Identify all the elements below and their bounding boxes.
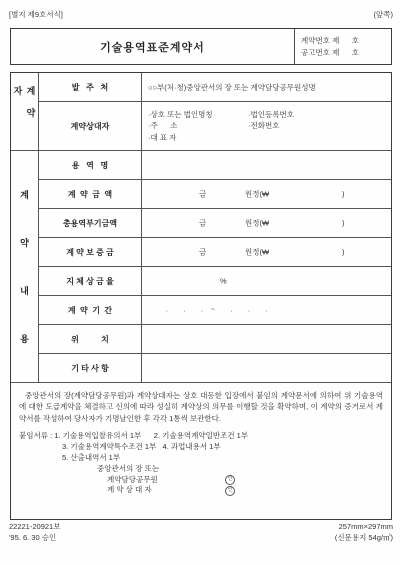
group-details-cell: 계약내용 [11, 151, 39, 383]
signer-row-counterpart: 계 약 상 대 자 인 [107, 485, 383, 496]
footer-right: 257mm×297mm (신문용지 54g/㎡) [335, 522, 393, 543]
paper-size: 257mm×297mm [335, 522, 393, 533]
period-date-dots: . . . ~ . . . [166, 307, 267, 314]
signer-heading: 중앙관서의 장 또는 [97, 464, 383, 475]
contract-table: 계약자 발 주 처 ○○부(처·청)중앙관서의 장 또는 계약담당공무원성명 계… [10, 72, 392, 520]
counterpart-line: ·상호 또는 법인명칭 ·법인등록번호 [148, 109, 385, 121]
total-amount-value: 금 원정(₩ ) [142, 209, 391, 238]
agreement-body: 중앙관서의 장(계약담당공무원)과 계약상대자는 상호 대등한 입장에서 붙임의… [19, 390, 383, 424]
orderer-label: 발 주 처 [39, 73, 142, 102]
signer-counterpart-name: 계 약 상 대 자 [107, 485, 225, 496]
counterpart-registration-no: ·법인등록번호 [248, 109, 294, 121]
amount-wonjeong: 원정(₩ [245, 189, 269, 200]
notice-number-line: 공고번호 제 호 [301, 47, 385, 59]
group-parties-cell: 계약자 [11, 73, 39, 151]
counterpart-address: ·주 소 [148, 120, 248, 132]
counterpart-line: ·주 소 ·전화번호 [148, 120, 385, 132]
contract-number-line: 계약번호 제 호 [301, 35, 385, 47]
front-side-label: (앞쪽) [374, 9, 394, 20]
document-page: [별지 제9호서식] (앞쪽) 기술용역표준계약서 계약번호 제 호 공고번호 … [0, 0, 400, 565]
title-table: 기술용역표준계약서 계약번호 제 호 공고번호 제 호 [10, 28, 392, 65]
counterpart-company-name: ·상호 또는 법인명칭 [148, 109, 248, 121]
penalty-rate-value: % [142, 267, 391, 296]
form-annex-label: [별지 제9호서식] [9, 9, 63, 20]
period-value: . . . ~ . . . [142, 296, 391, 325]
signature-block: 중앙관서의 장 또는 계약담당공무원 인 계 약 상 대 자 인 [19, 464, 383, 496]
approval-date: '95. 6. 30 승인 [9, 533, 60, 544]
attachment-line-1: 붙임서류 : 1. 기술용역입찰유의서 1부 2. 기술용역계약일반조건 1부 [19, 431, 383, 442]
footer-left: 22221-20921보 '95. 6. 30 승인 [9, 522, 60, 543]
signer-row-official: 계약담당공무원 인 [107, 475, 383, 486]
document-title: 기술용역표준계약서 [11, 29, 295, 64]
counterpart-label: 계약상대자 [39, 102, 142, 151]
group-details-label: 계약내용 [18, 151, 31, 382]
orderer-value: ○○부(처·청)중앙관서의 장 또는 계약담당공무원성명 [142, 73, 391, 102]
attachment-line-2: 3. 기술용역계약특수조건 1부 4. 과업내용서 1부 [62, 442, 383, 453]
amount-close-paren: ) [342, 219, 345, 228]
form-code: 22221-20921보 [9, 522, 60, 533]
counterpart-line: ·대 표 자 [148, 132, 385, 144]
percent-sign: % [220, 277, 227, 286]
document-footer: 22221-20921보 '95. 6. 30 승인 257mm×297mm (… [9, 522, 393, 543]
seal-icon: 인 [225, 475, 235, 485]
location-value [142, 325, 391, 354]
location-label: 위 치 [39, 325, 142, 354]
service-name-label: 용 역 명 [39, 151, 142, 180]
deposit-label: 계 약 보 증 금 [39, 238, 142, 267]
deposit-value: 금 원정(₩ ) [142, 238, 391, 267]
counterpart-phone: ·전화번호 [248, 120, 279, 132]
period-label: 계 약 기 간 [39, 296, 142, 325]
attachment-line-3: 5. 산출내역서 1부 [62, 453, 383, 464]
amount-wonjeong: 원정(₩ [245, 247, 269, 258]
agreement-section: 중앙관서의 장(계약담당공무원)과 계약상대자는 상호 대등한 입장에서 붙임의… [11, 383, 391, 519]
group-parties-label: 계약자 [12, 73, 38, 150]
counterpart-value: ·상호 또는 법인명칭 ·법인등록번호 ·주 소 ·전화번호 ·대 표 자 [142, 102, 391, 151]
amount-geum: 금 [199, 189, 206, 200]
document-meta: [별지 제9호서식] (앞쪽) [9, 9, 393, 20]
document-numbers: 계약번호 제 호 공고번호 제 호 [295, 29, 391, 64]
amount-close-paren: ) [342, 248, 345, 257]
penalty-rate-label: 지 체 상 금 율 [39, 267, 142, 296]
paper-type: (신문용지 54g/㎡) [335, 533, 393, 544]
amount-close-paren: ) [342, 190, 345, 199]
amount-wonjeong: 원정(₩ [245, 218, 269, 229]
signer-official-name: 계약담당공무원 [107, 475, 225, 486]
etc-value [142, 354, 391, 383]
counterpart-representative: ·대 표 자 [148, 132, 248, 144]
etc-label: 기 타 사 항 [39, 354, 142, 383]
amount-geum: 금 [199, 218, 206, 229]
amount-geum: 금 [199, 247, 206, 258]
contract-amount-value: 금 원정(₩ ) [142, 180, 391, 209]
service-name-value [142, 151, 391, 180]
seal-icon: 인 [225, 486, 235, 496]
contract-amount-label: 계 약 금 액 [39, 180, 142, 209]
total-amount-label: 총용역부기금액 [39, 209, 142, 238]
